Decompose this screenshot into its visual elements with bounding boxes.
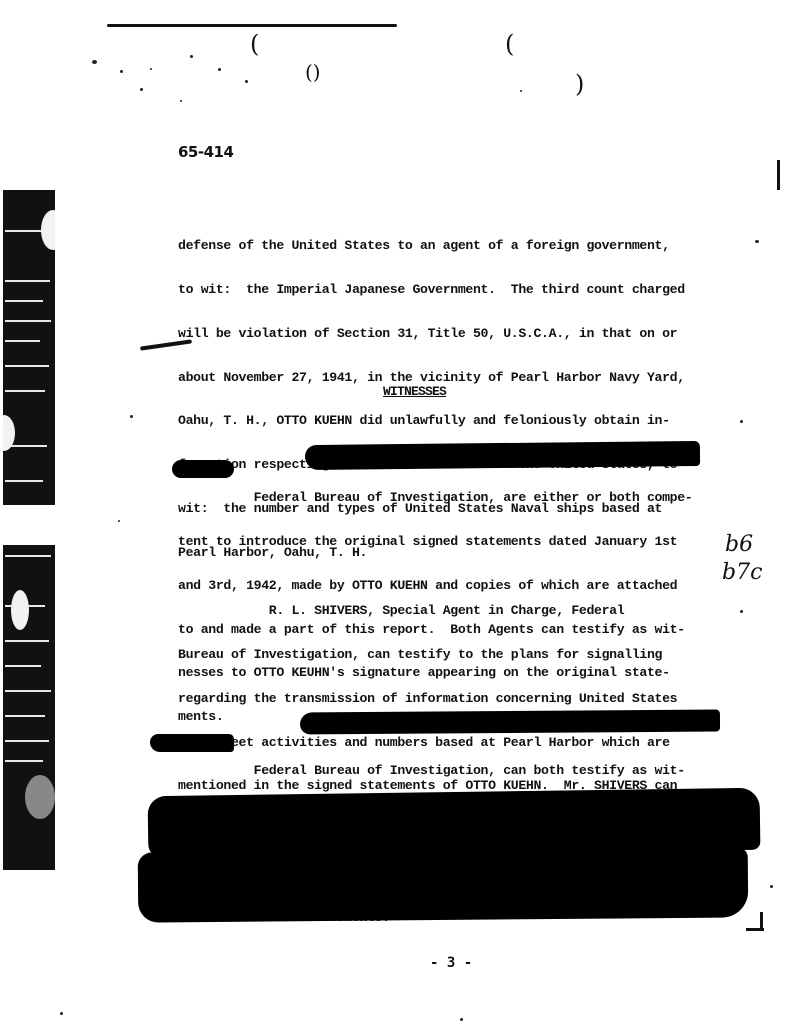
section-heading: WITNESSES	[383, 384, 446, 399]
text-line: defense of the United States to an agent…	[178, 239, 698, 254]
text-line: Oahu, T. H., OTTO KUEHN did unlawfully a…	[178, 414, 698, 429]
scan-speck	[180, 100, 182, 102]
scan-speck	[740, 420, 743, 423]
scan-speck	[190, 55, 193, 58]
scan-speck	[740, 610, 743, 613]
scan-speck	[140, 88, 143, 91]
handwritten-exemption-b6: b6	[725, 532, 753, 557]
text-line: Federal Bureau of Investigation, can bot…	[178, 764, 698, 779]
scan-speck	[245, 80, 248, 83]
punch-mark: (	[250, 30, 259, 58]
corner-mark	[746, 928, 764, 931]
scan-speck	[60, 1012, 63, 1015]
text-line: Bureau of Investigation, can testify to …	[178, 648, 698, 663]
scan-speck	[118, 520, 120, 522]
scan-speck	[92, 60, 97, 64]
left-binding-strip	[3, 190, 55, 505]
top-rule	[107, 24, 397, 27]
scan-speck	[770, 885, 773, 888]
redaction-bar	[300, 710, 720, 735]
scan-speck	[218, 68, 221, 71]
scan-speck	[460, 1018, 463, 1021]
scan-speck	[520, 90, 522, 92]
scan-speck	[150, 68, 152, 70]
text-line: to wit: the Imperial Japanese Government…	[178, 283, 698, 298]
text-line: will be violation of Section 31, Title 5…	[178, 327, 698, 342]
text-line: about November 27, 1941, in the vicinity…	[178, 371, 698, 386]
text-line: Federal Bureau of Investigation, are eit…	[178, 491, 698, 506]
scan-speck	[130, 415, 133, 418]
text-line: R. L. SHIVERS, Special Agent in Charge, …	[178, 604, 698, 619]
text-line: regarding the transmission of informatio…	[178, 692, 698, 707]
redaction-block	[138, 847, 749, 922]
punch-mark: ()	[305, 60, 321, 84]
left-binding-strip	[3, 545, 55, 870]
text-line: tent to introduce the original signed st…	[178, 535, 698, 550]
punch-mark: (	[505, 30, 514, 58]
handwritten-exemption-b7c: b7c	[722, 560, 762, 585]
page-number: - 3 -	[430, 955, 472, 971]
file-number: 65-414	[178, 143, 233, 161]
scan-speck	[755, 240, 759, 243]
edge-mark	[777, 160, 780, 190]
scan-speck	[120, 70, 123, 73]
punch-mark: )	[575, 70, 584, 98]
document-page: ( () ( ) 65-414 defense of the United St…	[0, 0, 800, 1035]
